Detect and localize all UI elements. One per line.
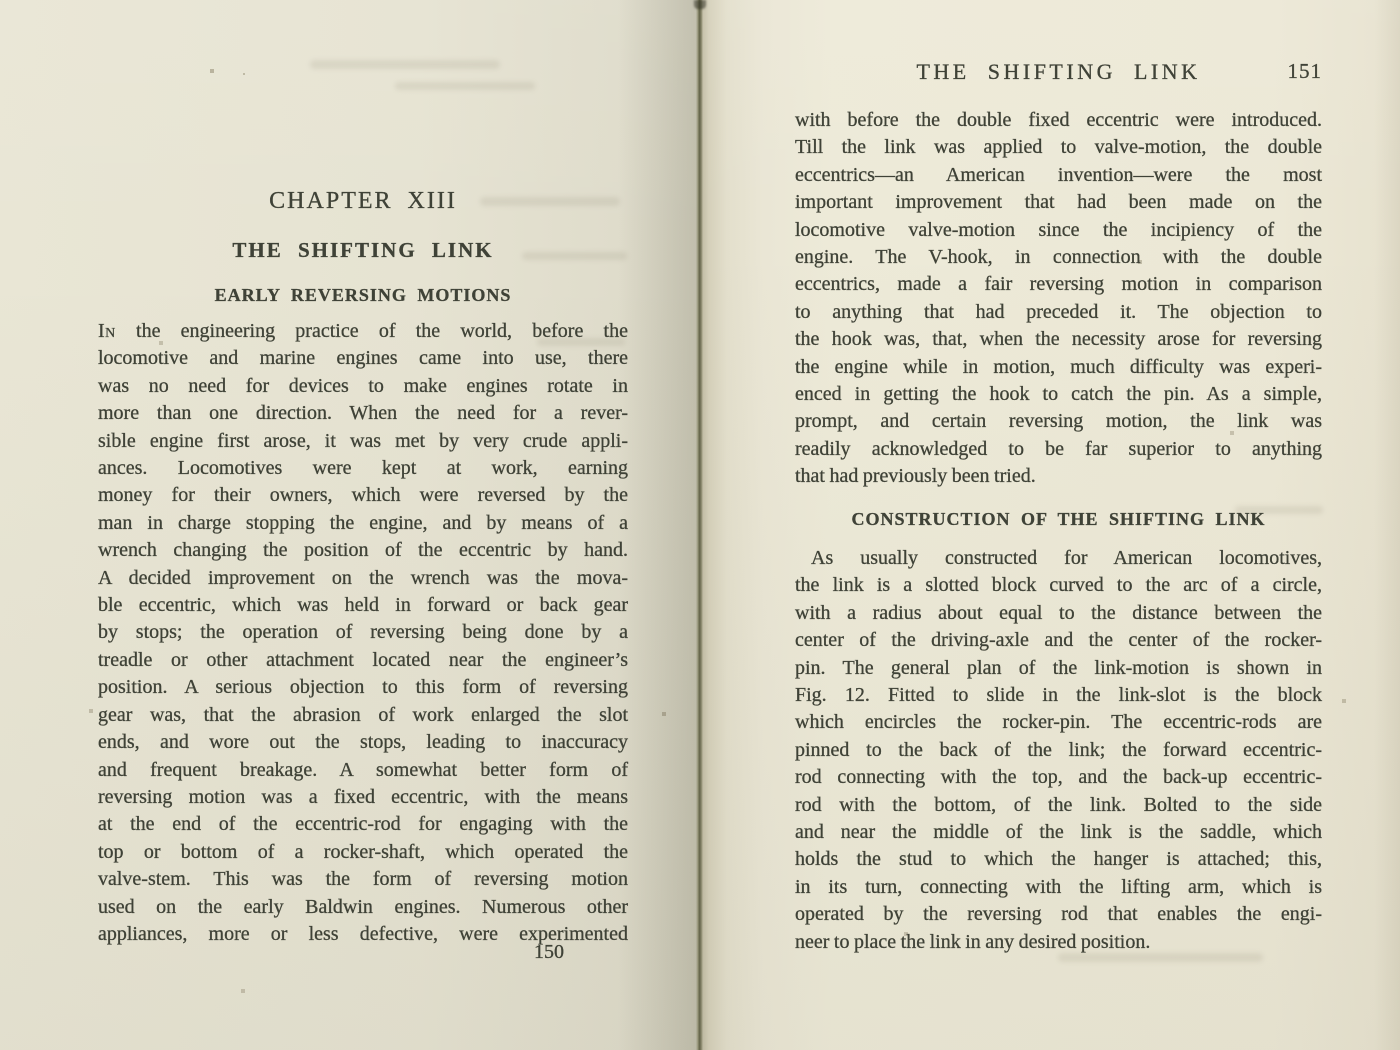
text-line: with a radius about equal to the distanc…	[795, 600, 1322, 627]
text-line: rod connecting with the top, and the bac…	[795, 764, 1322, 791]
text-line: important improvement that had been made…	[795, 189, 1322, 216]
text-line: and near the middle of the link is the s…	[795, 819, 1322, 846]
right-text-column: THE SHIFTING LINK 151 with before the do…	[795, 0, 1322, 1050]
text-line: ble eccentric, which was held in forward…	[98, 592, 628, 619]
chapter-heading: CHAPTER XIII	[98, 188, 628, 215]
text-line: engine. The V-hook, in connection with t…	[795, 244, 1322, 271]
paper-specks	[0, 0, 2, 2]
gutter-shadow	[618, 0, 697, 1050]
text-line: position. A serious objection to this fo…	[98, 674, 628, 701]
text-line: neer to place the link in any desired po…	[795, 929, 1322, 956]
section-heading-early-reversing-motions: EARLY REVERSING MOTIONS	[98, 285, 628, 306]
left-text-column: CHAPTER XIII THE SHIFTING LINK EARLY REV…	[98, 0, 628, 1050]
text-line: holds the stud to which the hanger is at…	[795, 846, 1322, 873]
text-line: by stops; the operation of reversing bei…	[98, 619, 628, 646]
page-edge-shade	[1374, 0, 1400, 1050]
text-line: reversing motion was a fixed eccentric, …	[98, 784, 628, 811]
text-line: at the end of the eccentric-rod for enga…	[98, 811, 628, 838]
text-line: locomotive and marine engines came into …	[98, 345, 628, 372]
text-line: eccentrics—an American invention—were th…	[795, 162, 1322, 189]
text-line: rod with the bottom, of the link. Bolted…	[795, 792, 1322, 819]
text-line: center of the driving-axle and the cente…	[795, 627, 1322, 654]
text-line: pin. The general plan of the link-motion…	[795, 655, 1322, 682]
book-spread: CHAPTER XIII THE SHIFTING LINK EARLY REV…	[0, 0, 1400, 1050]
text-line: which encircles the rocker-pin. The ecce…	[795, 709, 1322, 736]
right-page-paragraph-2: As usually constructed for American loco…	[795, 545, 1322, 956]
text-line: ances. Locomotives were kept at work, ea…	[98, 455, 628, 482]
text-line: the link is a slotted block curved to th…	[795, 572, 1322, 599]
text-line: used on the early Baldwin engines. Numer…	[98, 894, 628, 921]
text-line: valve-stem. This was the form of reversi…	[98, 866, 628, 893]
text-line: prompt, and certain reversing motion, th…	[795, 408, 1322, 435]
text-line: was no need for devices to make engines …	[98, 373, 628, 400]
gutter-notch	[694, 0, 706, 9]
text-line: readily acknowledged to be far superior …	[795, 436, 1322, 463]
text-line: eccentrics, made a fair reversing motion…	[795, 271, 1322, 298]
text-line: sible engine first arose, it was met by …	[98, 428, 628, 455]
text-line: the engine while in motion, much difficu…	[795, 354, 1322, 381]
text-line: ends, and wore out the stops, leading to…	[98, 729, 628, 756]
text-line: with before the double fixed eccentric w…	[795, 107, 1322, 134]
text-line: that had previously been tried.	[795, 463, 1322, 490]
text-line: wrench changing the position of the ecce…	[98, 537, 628, 564]
text-line: to anything that had preceded it. The ob…	[795, 299, 1322, 326]
right-page-paragraph-1: with before the double fixed eccentric w…	[795, 107, 1322, 491]
running-header: THE SHIFTING LINK	[795, 59, 1322, 85]
text-line: enced in getting the hook to catch the p…	[795, 381, 1322, 408]
left-page-paragraph: In the engineering practice of the world…	[98, 318, 628, 948]
text-line: treadle or other attachment located near…	[98, 647, 628, 674]
text-line: more than one direction. When the need f…	[98, 400, 628, 427]
text-line: gear was, that the abrasion of work enla…	[98, 702, 628, 729]
text-line: in its turn, connecting with the lifting…	[795, 874, 1322, 901]
text-line: pinned to the back of the link; the forw…	[795, 737, 1322, 764]
book-gutter	[696, 0, 703, 1050]
text-line: Till the link was applied to valve-motio…	[795, 134, 1322, 161]
text-line: locomotive valve-motion since the incipi…	[795, 217, 1322, 244]
text-line: man in charge stopping the engine, and b…	[98, 510, 628, 537]
text-line: As usually constructed for American loco…	[795, 545, 1322, 572]
text-line: and frequent breakage. A somewhat better…	[98, 757, 628, 784]
page-number-151: 151	[1288, 59, 1323, 84]
text-line: Fig. 12. Fitted to slide in the link-slo…	[795, 682, 1322, 709]
text-line: In the engineering practice of the world…	[98, 318, 628, 345]
small-caps-lead-word: In	[98, 320, 116, 342]
chapter-title: THE SHIFTING LINK	[98, 238, 628, 263]
text-line: money for their owners, which were rever…	[98, 482, 628, 509]
text-line: top or bottom of a rocker-shaft, which o…	[98, 839, 628, 866]
text-line: A decided improvement on the wrench was …	[98, 565, 628, 592]
text-line: the hook was, that, when the necessity a…	[795, 326, 1322, 353]
page-number-150: 150	[499, 941, 599, 964]
text-line: operated by the reversing rod that enabl…	[795, 901, 1322, 928]
section-heading-construction: CONSTRUCTION OF THE SHIFTING LINK	[795, 509, 1322, 530]
